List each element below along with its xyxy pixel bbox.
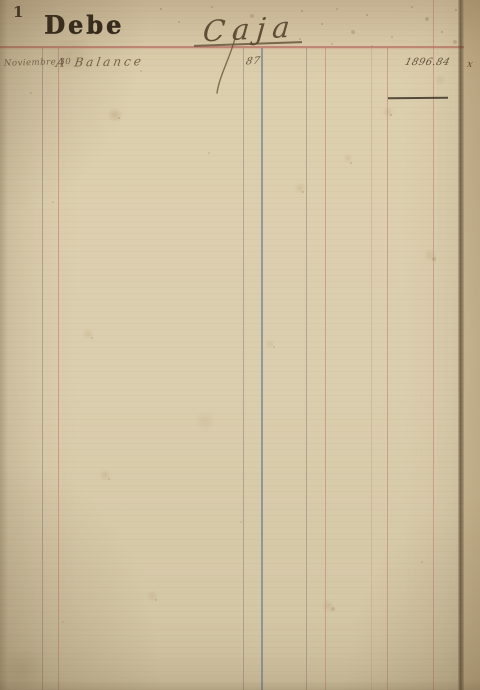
entry-description: A Balance	[55, 54, 145, 70]
column-rule-red-amount-left	[387, 48, 388, 690]
column-rule-faint	[371, 48, 372, 690]
column-rule-blue-center	[261, 48, 263, 690]
foxing-speckles	[0, 0, 2, 2]
page-number: 1	[13, 3, 24, 21]
column-rule-red-centavos	[433, 0, 434, 690]
ledger-page: 1 Debe Caja Noviembre 30 A Balance 87 18…	[0, 0, 480, 690]
entry-date: Noviembre 30	[4, 57, 58, 68]
page-edge-shadow	[458, 0, 464, 690]
debit-heading: Debe	[44, 9, 124, 39]
entry-folio-ref: 87	[245, 55, 262, 67]
age-vignette	[0, 0, 480, 690]
column-rule-red-date	[58, 48, 59, 690]
column-rule-gray-folio-left	[243, 48, 244, 690]
feint-ruling-texture	[0, 0, 480, 690]
column-rule-red-mid	[325, 48, 326, 690]
entry-amount: 1896.84	[404, 57, 452, 68]
adjacent-page-edge	[464, 0, 480, 690]
adjacent-column-mark: x	[466, 59, 474, 70]
account-title: Caja	[202, 9, 299, 48]
sum-underline	[388, 97, 448, 99]
column-rule-gray-mid	[306, 48, 307, 690]
column-rule-gray-left	[42, 48, 43, 690]
paper-stains	[0, 0, 480, 690]
